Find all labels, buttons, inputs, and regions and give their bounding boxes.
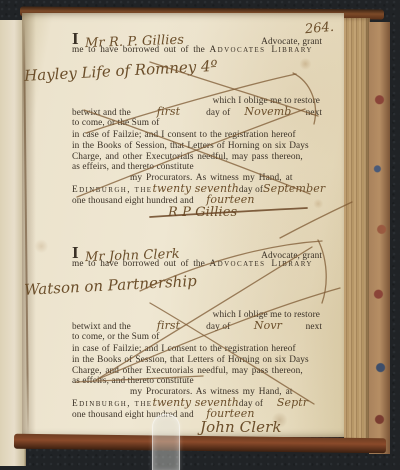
due-day-handwritten: first bbox=[131, 107, 206, 117]
signature-line: John Clerk bbox=[72, 422, 400, 435]
due-day-handwritten: first bbox=[131, 321, 206, 331]
session-line: in the Books of Session, that Letters of… bbox=[72, 355, 322, 365]
printed-pronoun: I bbox=[72, 32, 79, 46]
to-come-line: to come, or the Sum of bbox=[72, 118, 322, 128]
photo-of-library-register: 264. I Mr R. P. Gillies Advocate, grant … bbox=[0, 0, 400, 470]
year-line: one thousand eight hundred and fourteen bbox=[72, 409, 322, 420]
printed-pronoun: I bbox=[72, 246, 79, 260]
betwixt-prefix: betwixt and the bbox=[72, 108, 131, 118]
signing-date-line: Edinburgh, the twenty seventh day of Sep… bbox=[72, 398, 322, 409]
borrowed-prefix: me to have borrowed out of the bbox=[72, 259, 205, 269]
loan-entry-clerk: I Mr John Clerk Advocate, grant me to ha… bbox=[72, 246, 322, 446]
due-date-line: betwixt and the first day of Novr next bbox=[72, 321, 322, 332]
signature-handwritten: John Clerk bbox=[200, 418, 282, 436]
betwixt-prefix: betwixt and the bbox=[72, 322, 131, 332]
failzie-line: in case of Failzie; and I consent to the… bbox=[72, 130, 322, 140]
effeirs-line: as effeirs, and thereto constitute bbox=[72, 376, 322, 386]
borrowed-prefix: me to have borrowed out of the bbox=[72, 45, 205, 55]
signed-month-handwritten: September bbox=[263, 184, 325, 194]
due-date-line: betwixt and the first day of Novemb next bbox=[72, 107, 322, 118]
signing-date-line: Edinburgh, the twenty seventh day of Sep… bbox=[72, 184, 322, 195]
charge-line: Charge, and other Executorials needful, … bbox=[72, 152, 322, 162]
edinburgh-label: Edinburgh, the bbox=[72, 399, 152, 409]
session-line: in the Books of Session, that Letters of… bbox=[72, 141, 322, 151]
failzie-line: in case of Failzie; and I consent to the… bbox=[72, 344, 322, 354]
signature-line: R P Gillies bbox=[72, 208, 400, 219]
to-come-line: to come, or the Sum of bbox=[72, 332, 322, 342]
restore-clause: which I oblige me to restore bbox=[72, 310, 322, 320]
due-month-handwritten: Novemb bbox=[230, 107, 305, 117]
book-fore-edge-pages bbox=[344, 18, 370, 442]
next-label: next bbox=[306, 108, 322, 118]
page-holder-strip bbox=[152, 414, 180, 470]
effeirs-line: as effeirs, and thereto constitute bbox=[72, 162, 322, 172]
loan-entry-gillies: I Mr R. P. Gillies Advocate, grant me to… bbox=[72, 32, 322, 232]
day-of-label: day of bbox=[206, 322, 230, 332]
signed-month-handwritten: Septr bbox=[263, 398, 322, 408]
day-of-label: day of bbox=[206, 108, 230, 118]
signature-handwritten: R P Gillies bbox=[168, 205, 237, 220]
edinburgh-label: Edinburgh, the bbox=[72, 185, 152, 195]
next-label: next bbox=[306, 322, 322, 332]
due-month-handwritten: Novr bbox=[230, 321, 305, 331]
charge-line: Charge, and other Executorials needful, … bbox=[72, 366, 322, 376]
